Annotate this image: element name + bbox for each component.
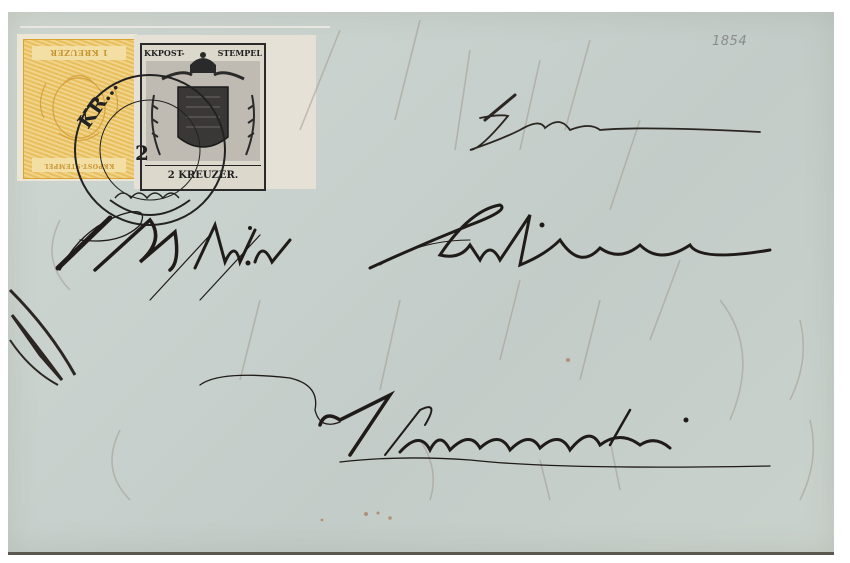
handwriting-and-postmark: KR… 2 Herrn Philipp Leitner Warasdin <box>0 0 850 563</box>
postmark-town-text: KR… <box>72 75 123 133</box>
addressee-name-text: Philipp Leitner <box>200 258 208 261</box>
salutation-script <box>470 95 760 150</box>
salutation-text: Herrn <box>560 119 563 121</box>
postmark-date-text: 2 <box>135 141 149 165</box>
docket-loop-mark <box>10 290 75 385</box>
town-text: Warasdin <box>500 439 505 441</box>
town-script <box>200 375 770 467</box>
bleed-through-ink <box>52 20 813 500</box>
name-script <box>58 205 770 300</box>
